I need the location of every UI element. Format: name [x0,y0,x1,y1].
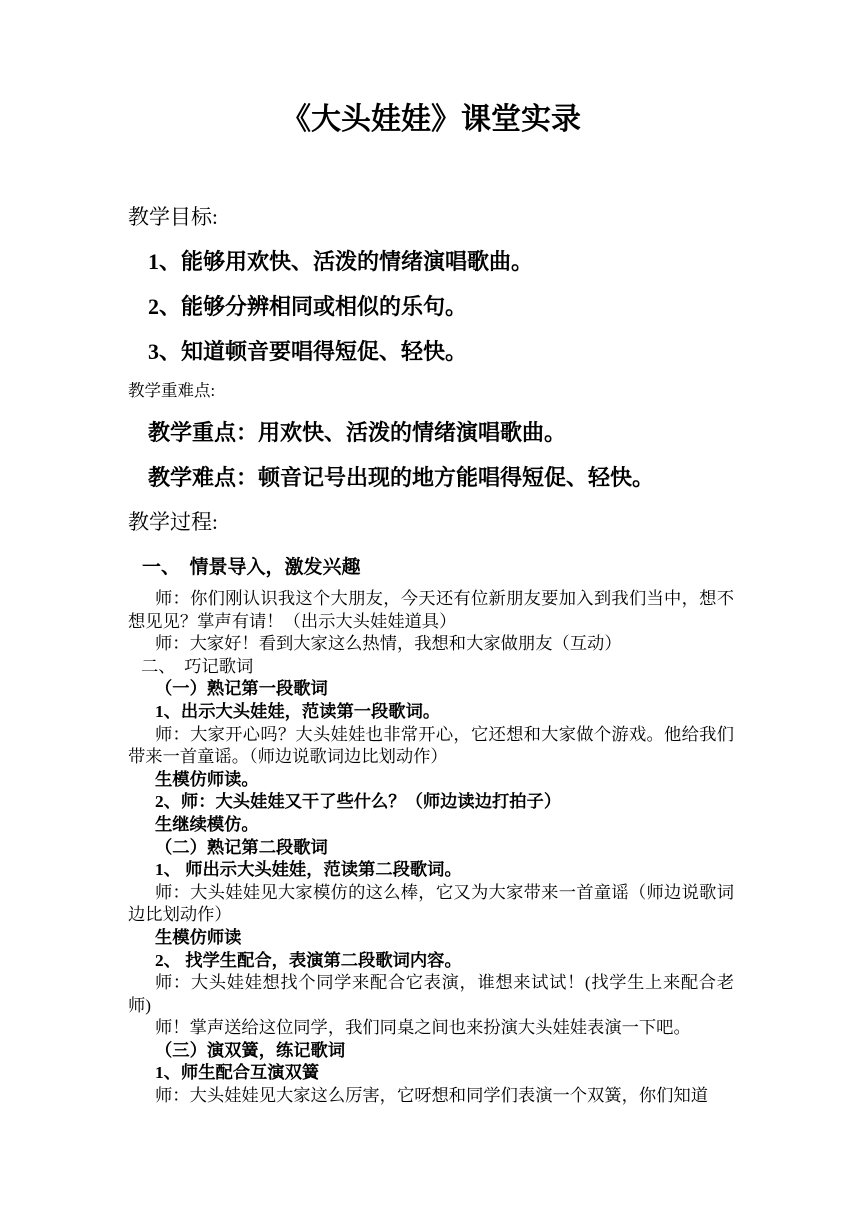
objective-item: 3、知道顿音要唱得短促、轻快。 [128,337,734,367]
objective-item: 教学重点：用欢快、活泼的情绪演唱歌曲。 [128,418,734,448]
step-line: 生模仿师读。 [128,769,734,792]
step-line: 2、师：大头娃娃又干了些什么？（师边读边打拍子） [128,791,734,814]
dialog-paragraph: 师：大家好！看到大家这么热情，我想和大家做朋友（互动） [128,633,734,656]
doc-body: 教学目标:1、能够用欢快、活泼的情绪演唱歌曲。2、能够分辨相同或相似的乐句。3、… [128,202,734,1108]
step-line: 1、 师出示大头娃娃，范读第二段歌词。 [128,859,734,882]
dialog-paragraph: 师：大头娃娃想找个同学来配合它表演，谁想来试试！(找学生上来配合老师) [128,972,734,1017]
step-line: 1、师生配合互演双簧 [128,1062,734,1085]
step-line: （一）熟记第一段歌词 [128,678,734,701]
objective-item: 2、能够分辨相同或相似的乐句。 [128,292,734,322]
step-line: 生继续模仿。 [128,814,734,837]
step-line: （二）熟记第二段歌词 [128,837,734,860]
dialog-paragraph: 师：你们刚认识我这个大朋友，今天还有位新朋友要加入到我们当中，想不想见见？掌声有… [128,588,734,633]
dialog-paragraph: 师！掌声送给这位同学，我们同桌之间也来扮演大头娃娃表演一下吧。 [128,1017,734,1040]
dialog-paragraph: 师：大头娃娃见大家这么厉害，它呀想和同学们表演一个双簧，你们知道 [128,1085,734,1108]
section-heading: 一、 情景导入，激发兴趣 [128,554,734,581]
step-line: 2、 找学生配合，表演第二段歌词内容。 [128,950,734,973]
doc-heading: 教学重难点: [128,379,734,403]
objective-item: 教学难点：顿音记号出现的地方能唱得短促、轻快。 [128,463,734,493]
document-page: 《大头娃娃》课堂实录 教学目标:1、能够用欢快、活泼的情绪演唱歌曲。2、能够分辨… [0,0,860,1216]
dialog-paragraph: 师：大头娃娃见大家模仿的这么棒，它又为大家带来一首童谣（师边说歌词边比划动作） [128,882,734,927]
dialog-paragraph: 师：大家开心吗？大头娃娃也非常开心，它还想和大家做个游戏。他给我们带来一首童谣。… [128,724,734,769]
step-line: （三）演双簧，练记歌词 [128,1040,734,1063]
step-line: 生模仿师读 [128,927,734,950]
doc-heading: 教学目标: [128,202,734,232]
objective-item: 1、能够用欢快、活泼的情绪演唱歌曲。 [128,247,734,277]
section-heading: 二、 巧记歌词 [128,656,734,679]
step-line: 1、出示大头娃娃，范读第一段歌词。 [128,701,734,724]
doc-title: 《大头娃娃》课堂实录 [128,100,734,140]
doc-heading: 教学过程: [128,507,734,537]
